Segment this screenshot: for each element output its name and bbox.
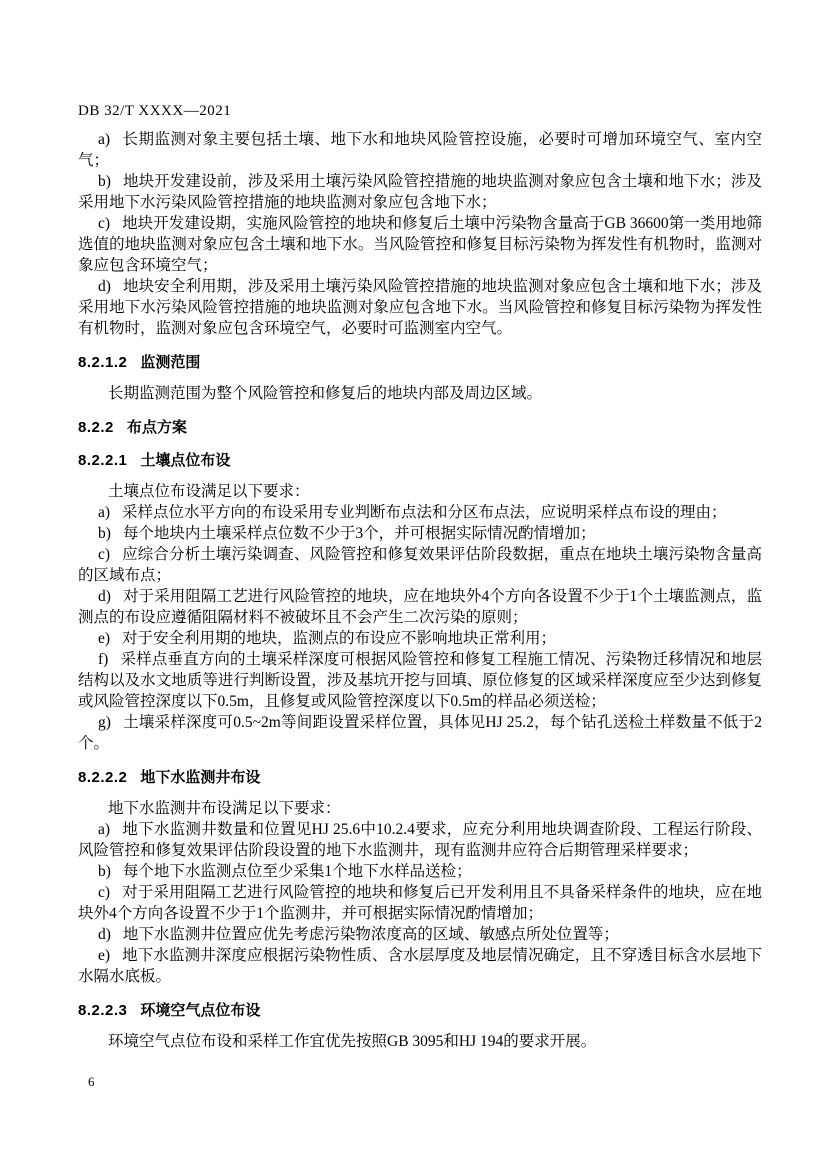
list-item: c)对于采用阻隔工艺进行风险管控的地块和修复后已开发利用且不具备采样条件的地块，…: [78, 882, 762, 924]
list-item: a)地下水监测井数量和位置见HJ 25.6中10.2.4要求，应充分利用地块调查…: [78, 819, 762, 861]
list-item: b)每个地块内土壤采样点位数不少于3个，并可根据实际情况酌情增加；: [78, 523, 762, 544]
section-heading: 8.2.2.2地下水监测井布设: [78, 768, 762, 787]
list-item-text: 采样点垂直方向的土壤采样深度可根据风险管控和修复工程施工情况、污染物迁移情况和地…: [78, 651, 762, 710]
list-item-label: c): [98, 884, 110, 901]
list-item: d)地下水监测井位置应优先考虑污染物浓度高的区域、敏感点所处位置等；: [78, 924, 762, 945]
list-item-text: 对于采用阻隔工艺进行风险管控的地块，应在地块外4个方向各设置不少于1个土壤监测点…: [78, 588, 762, 626]
list-item-text: 地下水监测井深度应根据污染物性质、含水层厚度及地层情况确定，且不穿透目标含水层地…: [78, 947, 762, 985]
list-item-label: d): [98, 588, 111, 605]
list-item: f)采样点垂直方向的土壤采样深度可根据风险管控和修复工程施工情况、污染物迁移情况…: [78, 649, 762, 712]
section-title: 地下水监测井布设: [140, 769, 260, 786]
section-title: 土壤点位布设: [140, 452, 230, 469]
document-body: a)长期监测对象主要包括土壤、地下水和地块风险管控设施，必要时可增加环境空气、室…: [78, 129, 762, 1052]
list-item-text: 地块开发建设期，实施风险管控的地块和修复后土壤中污染物含量高于GB 36600第…: [78, 215, 762, 274]
list-item-text: 对于采用阻隔工艺进行风险管控的地块和修复后已开发利用且不具备采样条件的地块，应在…: [78, 884, 762, 922]
paragraph: 地下水监测井布设满足以下要求：: [78, 798, 762, 819]
list-item-label: a): [98, 821, 110, 838]
section-heading: 8.2.2.3环境空气点位布设: [78, 1001, 762, 1020]
list-item-text: 每个地下水监测点位至少采集1个地下水样品送检；: [123, 863, 472, 880]
list-item: b)每个地下水监测点位至少采集1个地下水样品送检；: [78, 861, 762, 882]
list-item: d)对于采用阻隔工艺进行风险管控的地块，应在地块外4个方向各设置不少于1个土壤监…: [78, 586, 762, 628]
document-header: DB 32/T XXXX—2021: [78, 103, 762, 120]
list-item-text: 长期监测对象主要包括土壤、地下水和地块风险管控设施，必要时可增加环境空气、室内空…: [78, 131, 762, 169]
list-item-text: 土壤采样深度可0.5~2m等间距设置采样位置，具体见HJ 25.2，每个钻孔送检…: [78, 714, 762, 752]
section-number: 8.2.2: [78, 419, 114, 436]
list-item-label: c): [98, 215, 110, 232]
page-number: 6: [88, 1074, 95, 1089]
list-item-label: d): [98, 926, 111, 943]
paragraph: 土壤点位布设满足以下要求：: [78, 481, 762, 502]
list-item-label: b): [98, 863, 111, 880]
section-title: 布点方案: [127, 419, 187, 436]
section-heading: 8.2.2.1土壤点位布设: [78, 451, 762, 470]
section-heading: 8.2.2布点方案: [78, 418, 762, 437]
list-item-text: 地块安全利用期，涉及采用土壤污染风险管控措施的地块监测对象应包含土壤和地下水；涉…: [78, 278, 762, 337]
list-item: b)地块开发建设前，涉及采用土壤污染风险管控措施的地块监测对象应包含土壤和地下水…: [78, 171, 762, 213]
section-heading: 8.2.1.2监测范围: [78, 353, 762, 372]
list-item-label: b): [98, 525, 111, 542]
list-item-text: 应综合分析土壤污染调查、风险管控和修复效果评估阶段数据，重点在地块土壤污染物含量…: [78, 546, 762, 584]
list-item-text: 地块开发建设前，涉及采用土壤污染风险管控措施的地块监测对象应包含土壤和地下水；涉…: [78, 173, 762, 211]
list-item-label: a): [98, 504, 110, 521]
list-item: e)对于安全利用期的地块，监测点的布设应不影响地块正常利用；: [78, 628, 762, 649]
document-page: DB 32/T XXXX—2021 a)长期监测对象主要包括土壤、地下水和地块风…: [0, 0, 827, 1169]
section-number: 8.2.2.3: [78, 1002, 127, 1019]
list-item-label: a): [98, 131, 110, 148]
list-item-text: 每个地块内土壤采样点位数不少于3个，并可根据实际情况酌情增加；: [123, 525, 596, 542]
list-item: a)采样点位水平方向的布设采用专业判断布点法和分区布点法，应说明采样点布设的理由…: [78, 502, 762, 523]
list-item: c)应综合分析土壤污染调查、风险管控和修复效果评估阶段数据，重点在地块土壤污染物…: [78, 544, 762, 586]
list-item-label: e): [98, 630, 110, 647]
list-item-label: c): [98, 546, 110, 563]
list-item-label: f): [98, 651, 108, 668]
list-item: g)土壤采样深度可0.5~2m等间距设置采样位置，具体见HJ 25.2，每个钻孔…: [78, 712, 762, 754]
section-number: 8.2.2.1: [78, 452, 127, 469]
section-number: 8.2.2.2: [78, 769, 127, 786]
list-item-text: 地下水监测井位置应优先考虑污染物浓度高的区域、敏感点所处位置等；: [123, 926, 619, 943]
paragraph: 环境空气点位布设和采样工作宜优先按照GB 3095和HJ 194的要求开展。: [78, 1031, 762, 1052]
section-title: 环境空气点位布设: [140, 1002, 260, 1019]
paragraph: 长期监测范围为整个风险管控和修复后的地块内部及周边区域。: [78, 383, 762, 404]
list-item: a)长期监测对象主要包括土壤、地下水和地块风险管控设施，必要时可增加环境空气、室…: [78, 129, 762, 171]
section-title: 监测范围: [140, 354, 200, 371]
list-item-label: b): [98, 173, 111, 190]
list-item: d)地块安全利用期，涉及采用土壤污染风险管控措施的地块监测对象应包含土壤和地下水…: [78, 276, 762, 339]
list-item-label: d): [98, 278, 111, 295]
list-item-text: 采样点位水平方向的布设采用专业判断布点法和分区布点法，应说明采样点布设的理由；: [122, 504, 727, 521]
list-item: c)地块开发建设期，实施风险管控的地块和修复后土壤中污染物含量高于GB 3660…: [78, 213, 762, 276]
list-item-label: e): [98, 947, 110, 964]
list-item-text: 地下水监测井数量和位置见HJ 25.6中10.2.4要求，应充分利用地块调查阶段…: [78, 821, 762, 859]
list-item: e)地下水监测井深度应根据污染物性质、含水层厚度及地层情况确定，且不穿透目标含水…: [78, 945, 762, 987]
list-item-label: g): [98, 714, 111, 731]
section-number: 8.2.1.2: [78, 354, 127, 371]
list-item-text: 对于安全利用期的地块，监测点的布设应不影响地块正常利用；: [122, 630, 556, 647]
